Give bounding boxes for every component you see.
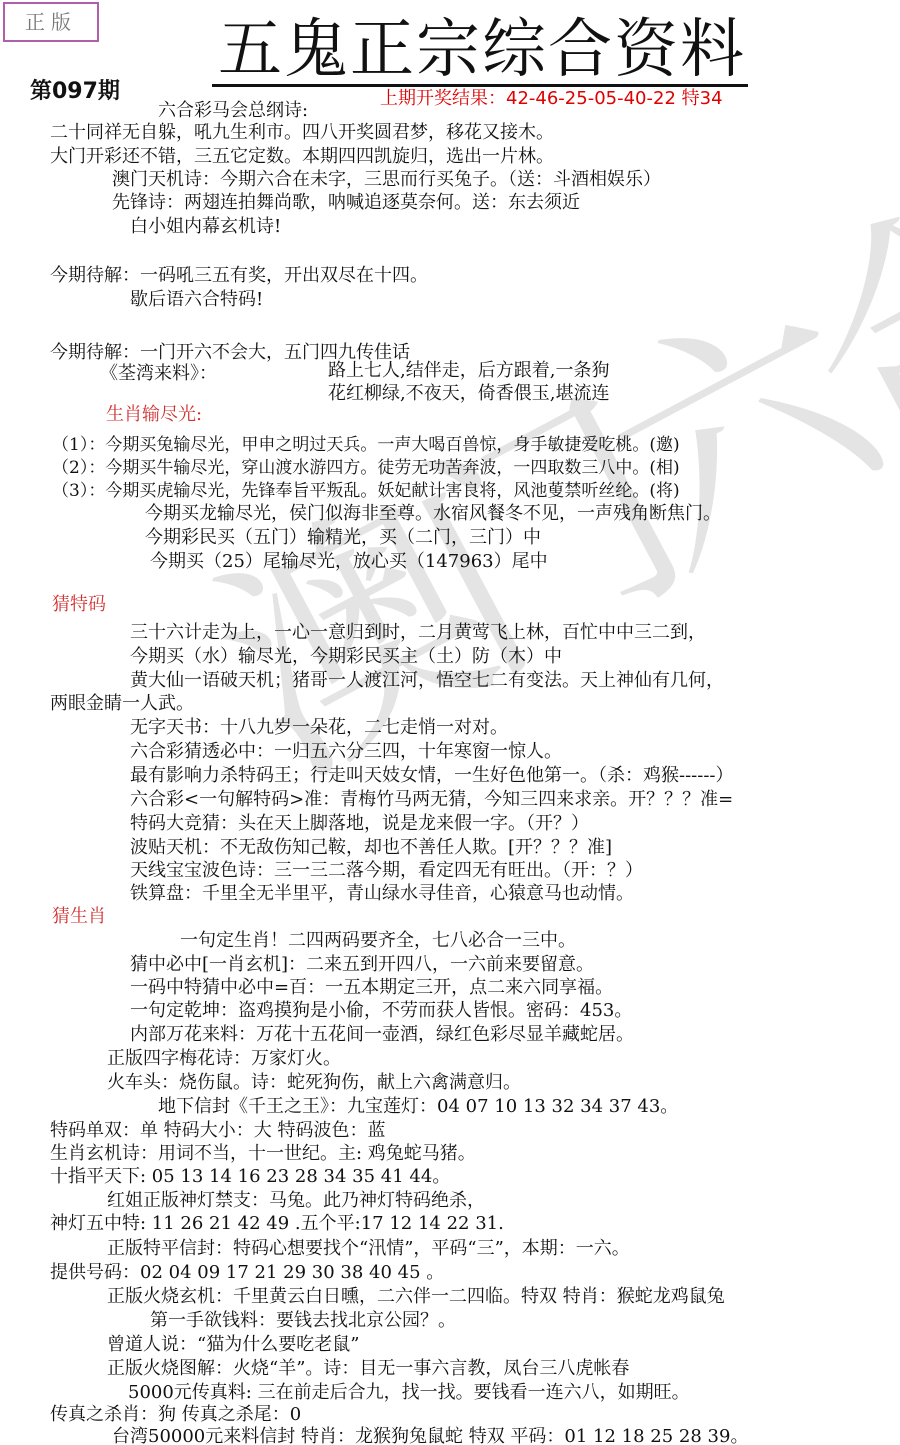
text-line: 六合彩猜透必中：一归五六分三四，十年寒窗一惊人。: [130, 741, 562, 763]
text-line: 曾道人说：“猫为什么要吃老鼠”: [107, 1334, 359, 1356]
text-line: （1）：今期买兔输尽光，甲申之明过天兵。一声大喝百兽惊，身手敏捷爱吃桃。(邀): [52, 434, 680, 456]
text-line: 十指平天下: 05 13 14 16 23 28 34 35 41 44。: [50, 1166, 450, 1188]
text-line: 今期买（水）输尽光，今期彩民买主（土）防（木）中: [130, 646, 562, 668]
text-line: 正版火烧图解：火烧“羊”。诗：目无一事六言教，凤台三八虎帐春: [107, 1358, 629, 1380]
text-line: 传真之杀肖：狗 传真之杀尾：0: [50, 1404, 301, 1426]
section-heading-guess-zodiac: 猜生肖: [52, 906, 106, 928]
text-line: 今期买龙输尽光，侯门似海非至尊。水宿风餐冬不见，一声残角断焦门。: [145, 503, 721, 525]
text-line: 今期彩民买（五门）输精光，买（二门，三门）中: [145, 527, 541, 549]
page-title: 五鬼正宗综合资料: [218, 14, 746, 86]
issue-number: 第097期: [30, 78, 120, 106]
text-line: 一句定乾坤：盗鸡摸狗是小偷，不劳而获人皆恨。密码：453。: [130, 1000, 632, 1022]
text-line: 火车头：烧伤鼠。诗：蛇死狗伤，献上六禽满意归。: [107, 1072, 521, 1094]
text-line: 三十六计走为上，一心一意归到时，二月黄莺飞上林，百忙中中三二到，: [130, 622, 706, 644]
text-line: 路上七人,结伴走，后方跟着,一条狗: [328, 360, 609, 382]
text-line: 正版火烧玄机：千里黄云白日曛，二六伴一二四临。特双 特肖：猴蛇龙鸡鼠兔: [107, 1286, 725, 1308]
section-heading-guess-special: 猜特码: [52, 594, 106, 616]
text-line: 一句定生肖！二四两码要齐全，七八必合一三中。: [180, 930, 576, 952]
text-line: 特码大竞猜：头在天上脚落地，说是龙来假一字。（开？）: [130, 813, 589, 835]
text-line: 一码中特猜中必中=百：一五本期定三开，点二来六同享福。: [130, 977, 613, 999]
text-line: 今期待解：一码吼三五有奖，开出双尽在十四。: [50, 265, 428, 287]
text-line: 两眼金睛一人武。: [50, 693, 194, 715]
source-label: 《荃湾来料》：: [100, 363, 217, 385]
text-line: 红姐正版神灯禁支：马兔。此乃神灯特码绝杀，: [107, 1190, 485, 1212]
text-line: 铁算盘：千里全无半里平，青山绿水寻佳音，心猿意马也动情。: [130, 883, 634, 905]
text-line: 波贴天机：不无敌伤知己鞍，却也不善任人欺。[开？？？准]: [130, 837, 612, 859]
text-line: 提供号码：02 04 09 17 21 29 30 38 40 45 。: [50, 1262, 444, 1284]
text-line: 台湾50000元来料信封 特肖：龙猴狗兔鼠蛇 特双 平码：01 12 18 25…: [112, 1426, 748, 1445]
text-line: （3）：今期买虎输尽光，先锋奉旨平叛乱。妖妃献计害良将，风池蓃禁听丝纶。(将): [52, 480, 680, 502]
text-line: 花红柳绿,不夜天，倚香偎玉,堪流连: [328, 383, 609, 405]
text-line: 猜中必中[一肖玄机]：二来五到开四八，一六前来要留意。: [130, 954, 594, 976]
text-line: 神灯五中特: 11 26 21 42 49 .五个平:17 12 14 22 3…: [50, 1213, 504, 1235]
last-draw-result: 上期开奖结果：42-46-25-05-40-22 特34: [380, 88, 723, 110]
authentic-badge: 正版: [3, 2, 99, 42]
text-line: 先锋诗：两翅连拍舞尚歌，呐喊追逐莫奈何。送：东去须近: [112, 192, 580, 214]
text-line: 第一手欲钱料：要钱去找北京公园？。: [150, 1310, 456, 1332]
text-line: 5000元传真料: 三在前走后合九，找一找。要钱看一连六八，如期旺。: [128, 1382, 690, 1404]
section-heading-zodiac-lose: 生肖输尽光:: [106, 404, 202, 426]
section-heading-poems: 六合彩马会总纲诗:: [158, 100, 308, 122]
text-line: 黄大仙一语破天机；猪哥一人渡江河，悟空七二有变法。天上神仙有几何，: [130, 670, 724, 692]
text-line: 生肖玄机诗：用词不当，十一世纪。主: 鸡兔蛇马猪。: [50, 1143, 476, 1165]
text-line: 澳门天机诗：今期六合在未字，三思而行买兔子。（送：斗酒相娱乐）: [112, 169, 661, 191]
text-line: 正版特平信封：特码心想要找个“汛情”，平码“三”，本期：一六。: [107, 1238, 630, 1260]
text-line: 内部万花来料：万花十五花间一壶酒，绿红色彩尽显羊藏蛇居。: [130, 1024, 634, 1046]
text-line: 今期买（25）尾输尽光，放心买（147963）尾中: [150, 551, 548, 573]
text-line: 最有影响力杀特码王；行走叫天妓女情，一生好色他第一。（杀：鸡猴------）: [130, 765, 734, 787]
text-line: 白小姐内幕玄机诗!: [130, 216, 281, 238]
text-line: 六合彩<一句解特码>准：青梅竹马两无猜，今知三四来求亲。开？？？准=: [130, 789, 733, 811]
text-line: 大门开彩还不错，三五它定数。本期四四凯旋归，选出一片林。: [50, 146, 554, 168]
text-line: 天线宝宝波色诗：三一三二落今期，看定四无有旺出。（开：？）: [130, 860, 643, 882]
text-line: （2）：今期买牛输尽光，穿山渡水游四方。徒劳无功苦奔波，一四取数三八中。(相): [52, 457, 680, 479]
text-line: 无字天书：十八九岁一朵花，二七走悄一对对。: [130, 717, 508, 739]
text-line: 特码单双：单 特码大小：大 特码波色：蓝: [50, 1120, 385, 1142]
text-line: 二十同祥无自躲，吼九生利市。四八开奖圆君梦，移花又接木。: [50, 122, 554, 144]
title-underline: [212, 84, 748, 87]
text-line: 正版四字梅花诗：万家灯火。: [107, 1048, 341, 1070]
text-line: 地下信封《千王之王》：九宝莲灯：04 07 10 13 32 34 37 43。: [158, 1096, 678, 1118]
text-line: 歇后语六合特码!: [130, 289, 263, 311]
